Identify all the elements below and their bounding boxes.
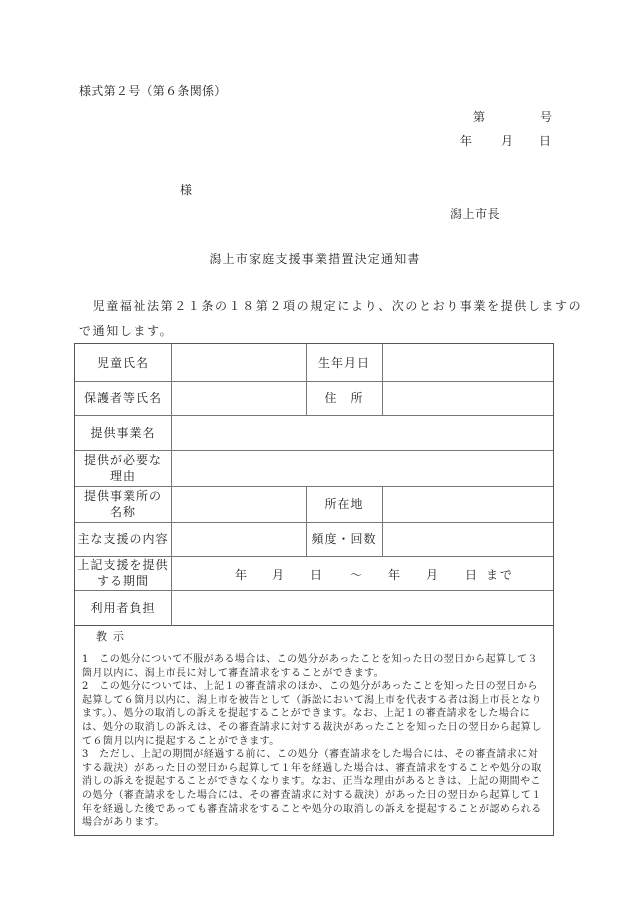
address-field[interactable]: [383, 381, 553, 415]
recipient-honorific: 様: [180, 181, 192, 198]
notice-body: 1 この処分について不服がある場合は、この処分があったことを知った日の翌日から起…: [82, 653, 548, 830]
service-name-field[interactable]: [172, 415, 553, 450]
notice-item-1: 1 この処分について不服がある場合は、この処分があったことを知った日の翌日から起…: [82, 653, 548, 680]
provider-name-field[interactable]: [172, 486, 306, 522]
label-reason-line2: 理由: [110, 468, 136, 484]
decision-table: 児童氏名 生年月日 保護者等氏名 住 所 提供事業名 提供が必要な 理由 提供事…: [74, 343, 554, 626]
guardian-name-field[interactable]: [172, 381, 306, 415]
issue-date-year: 年: [460, 132, 472, 149]
label-child-name: 児童氏名: [75, 344, 171, 381]
notice-heading: 教示: [96, 628, 130, 644]
period-to-day: 日: [465, 566, 477, 583]
document-title: 潟上市家庭支援事業措置決定通知書: [0, 250, 630, 267]
label-period-line2: する期間: [97, 573, 149, 589]
label-reason: 提供が必要な 理由: [75, 450, 171, 486]
user-charge-field[interactable]: [172, 590, 553, 626]
label-reason-line1: 提供が必要な: [84, 452, 162, 468]
issue-date-day: 日: [539, 132, 551, 149]
label-service-name: 提供事業名: [75, 415, 171, 450]
period-until: まで: [486, 566, 514, 583]
reason-field[interactable]: [172, 450, 553, 486]
period-field[interactable]: 年 月 日 ～ 年 月 日 まで: [172, 556, 553, 590]
issuer-name: 潟上市長: [450, 205, 500, 222]
label-birthdate: 生年月日: [306, 344, 382, 381]
doc-number-prefix: 第: [473, 108, 485, 125]
label-provider-line2: 名称: [110, 504, 136, 520]
label-guardian-name: 保護者等氏名: [75, 381, 171, 415]
support-content-field[interactable]: [172, 522, 306, 556]
label-frequency: 頻度・回数: [306, 522, 382, 556]
intro-text-line1: 児童福祉法第２１条の１８第２項の規定により、次のとおり事業を提供しますの: [79, 297, 582, 314]
frequency-field[interactable]: [383, 522, 553, 556]
birthdate-field[interactable]: [383, 344, 553, 381]
label-period: 上記支援を提供 する期間: [75, 556, 171, 590]
label-provider-name: 提供事業所の 名称: [75, 486, 171, 522]
label-address: 住 所: [306, 381, 382, 415]
period-from-day: 日: [310, 566, 322, 583]
intro-text-line2: で通知します。: [79, 322, 173, 339]
period-from-year: 年: [235, 566, 247, 583]
period-to-year: 年: [388, 566, 400, 583]
form-number: 様式第２号（第６条関係）: [79, 82, 227, 99]
period-from-month: 月: [272, 566, 284, 583]
period-to-month: 月: [426, 566, 438, 583]
label-location: 所在地: [306, 486, 382, 522]
location-field[interactable]: [383, 486, 553, 522]
issue-date-month: 月: [501, 132, 513, 149]
label-support-content: 主な支援の内容: [75, 522, 171, 556]
label-provider-line1: 提供事業所の: [84, 488, 162, 504]
appeal-notice-box: 教示 1 この処分について不服がある場合は、この処分があったことを知った日の翌日…: [74, 625, 554, 836]
notice-item-2: 2 この処分については、上記１の審査請求のほか、この処分があったことを知った日の…: [82, 680, 548, 748]
period-tilde: ～: [350, 566, 362, 583]
label-period-line1: 上記支援を提供: [77, 557, 168, 573]
doc-number-suffix: 号: [540, 108, 552, 125]
child-name-field[interactable]: [172, 344, 306, 381]
label-user-charge: 利用者負担: [75, 590, 171, 626]
notice-item-3: 3 ただし、上記の期間が経過する前に、この処分（審査請求をした場合には、その審査…: [82, 748, 548, 830]
